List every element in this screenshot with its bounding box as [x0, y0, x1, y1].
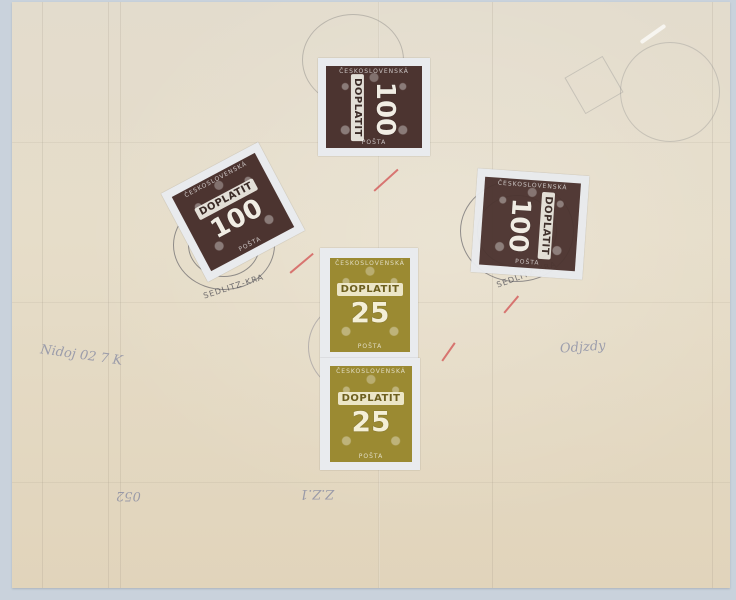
- stamp-face: ČESKOSLOVENSKÁ DOPLATIT 25 POŠTA: [330, 366, 412, 462]
- stamp-top-100: ČESKOSLOVENSKÁ DOPLATIT 100 POŠTA: [318, 58, 430, 156]
- ruled-line: [42, 2, 43, 588]
- stamp-pair-upper-25: ČESKOSLOVENSKÁ DOPLATIT 25 POŠTA: [320, 248, 418, 358]
- pencil-note: Z.Z.1: [300, 486, 334, 501]
- faint-box-cancel: [564, 56, 623, 114]
- stamp-denomination: 25: [352, 408, 391, 436]
- paper-crease: [640, 24, 667, 44]
- stamp-label: DOPLATIT: [337, 283, 404, 296]
- faint-postmark: [620, 42, 720, 142]
- ruled-line: [12, 482, 730, 483]
- pencil-note: Odjzdy: [560, 338, 606, 356]
- stamp-border-text: POŠTA: [330, 453, 412, 460]
- stamp-pair-lower-25: ČESKOSLOVENSKÁ DOPLATIT 25 POŠTA: [320, 358, 420, 470]
- stamp-border-text: ČESKOSLOVENSKÁ: [330, 368, 412, 375]
- stamp-border-text: POŠTA: [330, 343, 410, 350]
- stamp-border-text: ČESKOSLOVENSKÁ: [330, 260, 410, 267]
- stamp-denomination: 100: [504, 197, 534, 253]
- stamp-denomination: 25: [351, 299, 390, 327]
- stamp-label: DOPLATIT: [351, 74, 364, 141]
- stamp-label: DOPLATIT: [338, 392, 405, 405]
- stamp-denomination: 100: [372, 81, 398, 135]
- stamp-face: ČESKOSLOVENSKÁ DOPLATIT 25 POŠTA: [330, 258, 410, 352]
- stamp-face: ČESKOSLOVENSKÁ DOPLATIT 100 POŠTA: [479, 177, 581, 271]
- ruled-line: [492, 2, 493, 588]
- pencil-note: 052: [116, 488, 141, 503]
- stamp-right-100: ČESKOSLOVENSKÁ DOPLATIT 100 POŠTA: [471, 168, 590, 280]
- stamp-face: ČESKOSLOVENSKÁ DOPLATIT 100 POŠTA: [326, 66, 422, 148]
- stamp-border-text: POŠTA: [326, 139, 422, 146]
- stamp-border-text: ČESKOSLOVENSKÁ: [326, 68, 422, 75]
- ruled-line: [108, 2, 109, 588]
